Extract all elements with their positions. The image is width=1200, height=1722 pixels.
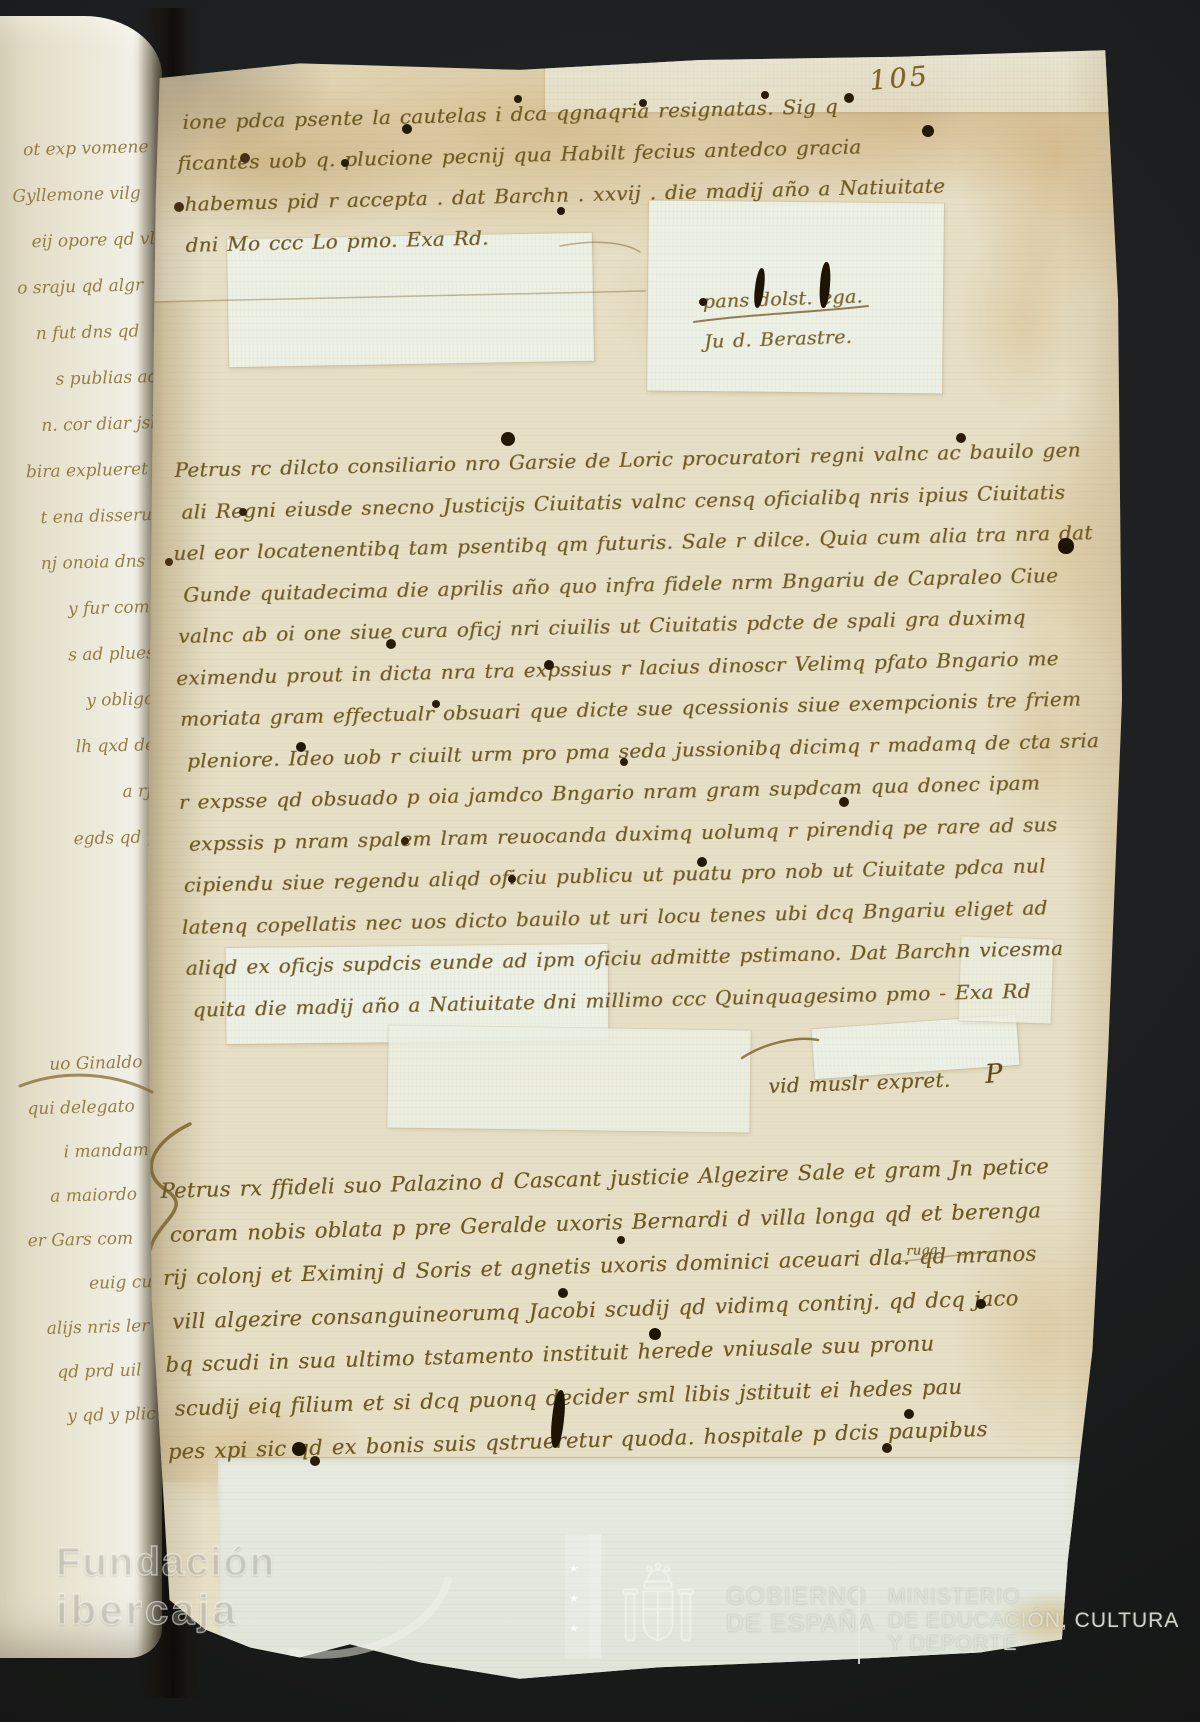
- text-line: y qd y plic: [9, 1392, 156, 1440]
- text-line: lh qxd de: [16, 722, 156, 772]
- text-line: n fut dns qd: [5, 308, 140, 357]
- manuscript-page: 105 ione pdca psente la cautelas i dca q…: [136, 42, 1122, 1682]
- text-line: a maiordo: [3, 1172, 137, 1219]
- text-line: nj onoia dns: [11, 538, 146, 587]
- main-paragraph: Petrus rc dilcto consiliario nro Garsie …: [174, 429, 1105, 1031]
- text-line: eij opore qd vl: [2, 216, 155, 266]
- repair-patch-mid-left-2: [387, 1025, 750, 1132]
- signature-line-2: Ju d. Berastre.: [703, 316, 865, 362]
- text-line: i mandam: [2, 1128, 149, 1176]
- top-paragraph: ione pdca psente la cautelas i dca qgnaq…: [182, 83, 947, 266]
- text-line: Gyllemone vilg: [1, 170, 141, 220]
- text-line: s publias ad: [6, 354, 159, 404]
- vidit-note: vid muslr expret.: [768, 1068, 951, 1098]
- bottom-paragraph: Petrus rx ffideli suo Palazino d Cascant…: [160, 1145, 1057, 1474]
- text-line: qui delegato: [1, 1085, 135, 1132]
- vidit-paraph-mark: P: [984, 1059, 1004, 1090]
- text-line: a rj: [17, 768, 152, 817]
- text-line: bira explueret: [8, 446, 148, 496]
- text-line: uo Ginaldo: [0, 1040, 143, 1088]
- text-line: qd prd uil: [8, 1348, 142, 1395]
- text-line: ot exp vomene: [0, 124, 149, 174]
- signature-line-1: pans dolst. ega.: [702, 276, 864, 322]
- margin-text-fragments-lower: uo Ginaldoqui delegatoi mandama maiordoe…: [0, 1040, 160, 1440]
- interlinear-correction: ruga: [906, 1243, 938, 1259]
- repair-strip-bottom: [218, 1458, 1116, 1684]
- chancery-signature-block: pans dolst. ega. Ju d. Berastre.: [702, 276, 865, 362]
- text-line: euig cu: [6, 1260, 153, 1308]
- text-line: o sraju qd algr: [4, 262, 144, 312]
- manuscript-photo: ot exp vomeneGyllemone vilgeij opore qd …: [0, 0, 1200, 1722]
- text-line: alijs nris ler: [7, 1304, 150, 1352]
- text-line: n. cor diar jsl: [7, 400, 156, 450]
- text-line: er Gars com: [5, 1217, 134, 1264]
